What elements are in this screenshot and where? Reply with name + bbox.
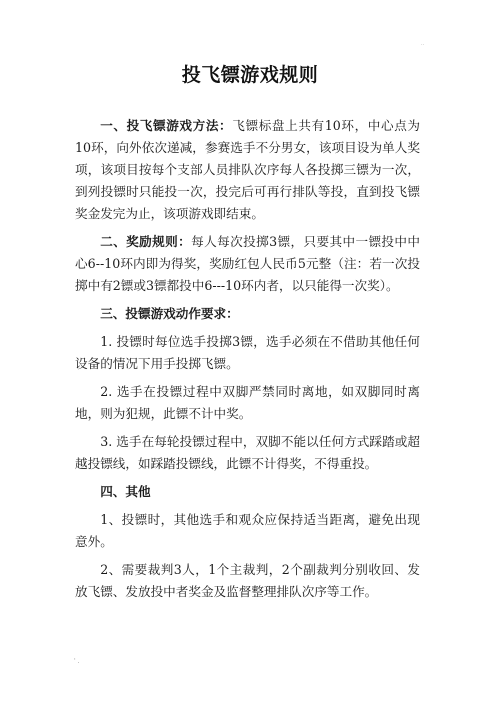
section-1-body: 飞镖标盘上共有10环，中心点为10环，向外依次递减，参赛选手不分男女，该项目设为… [75, 118, 420, 221]
section-3-item: 3. 选手在每轮投镖过程中，双脚不能以任何方式踩踏或超越投镖线，如踩踏投镖线，此… [75, 431, 420, 475]
page-title: 投飞镖游戏规则 [0, 60, 500, 87]
section-4-item: 2、需要裁判3人，1个主裁判，2个副裁判分别收回、发放飞镖、发放投中者奖金及监督… [75, 559, 420, 603]
corner-mark: .. [421, 41, 424, 47]
section-2-heading: 二、奖励规则： [100, 234, 191, 249]
section-1: 一、投飞镖游戏方法：飞镖标盘上共有10环，中心点为10环，向外依次递减，参赛选手… [75, 115, 420, 225]
section-4-item: 1、投镖时，其他选手和观众应保持适当距离，避免出现意外。 [75, 509, 420, 553]
section-3-heading: 三、投镖游戏动作要求： [75, 303, 420, 325]
section-3-item: 2. 选手在投镖过程中双脚严禁同时离地，如双脚同时离地，则为犯规，此镖不计中奖。 [75, 381, 420, 425]
footer-mark: ' . [74, 658, 79, 665]
section-4-heading: 四、其他 [75, 481, 420, 503]
document-body: 一、投飞镖游戏方法：飞镖标盘上共有10环，中心点为10环，向外依次递减，参赛选手… [75, 115, 420, 609]
section-3-item: 1. 投镖时每位选手投掷3镖，选手必须在不借助其他任何设备的情况下用手投掷飞镖。 [75, 331, 420, 375]
section-1-heading: 一、投飞镖游戏方法： [100, 118, 232, 133]
section-2: 二、奖励规则：每人每次投掷3镖，只要其中一镖投中中心6--10环内即为得奖，奖励… [75, 231, 420, 297]
